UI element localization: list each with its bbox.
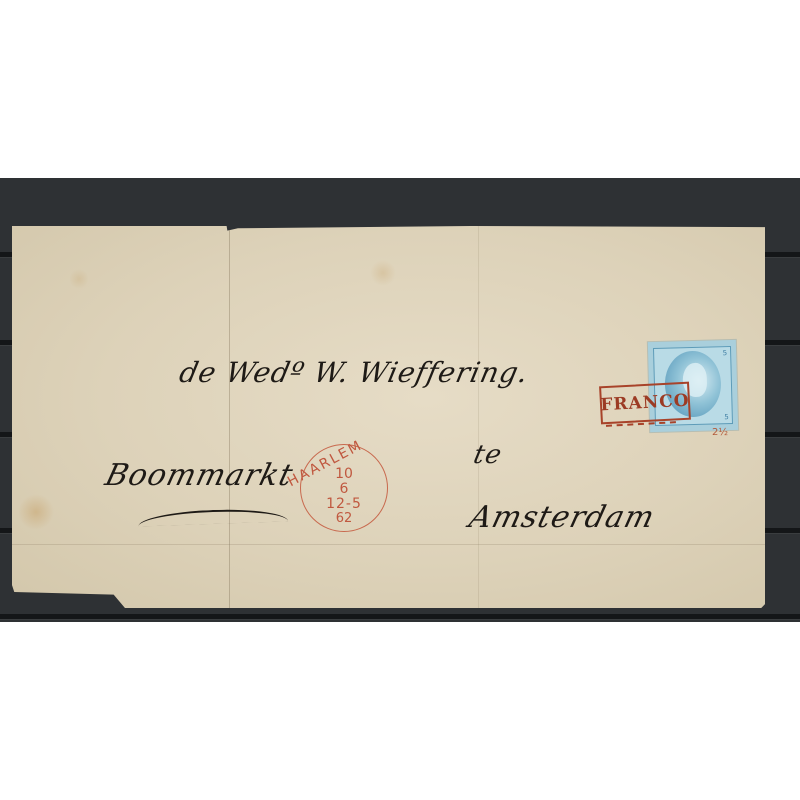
- postmark-date: 12-5: [301, 497, 387, 511]
- postmark-hour: 10: [301, 467, 387, 481]
- postmark-year: 62: [301, 512, 387, 526]
- fold-line: [229, 226, 230, 608]
- stamp-value-corner: 5: [723, 349, 728, 357]
- franco-cachet: FRANCO: [599, 382, 691, 425]
- street-underline: [138, 507, 288, 526]
- city-name: Amsterdam: [466, 500, 659, 535]
- mounting-strip: [0, 614, 800, 619]
- preposition: te: [471, 440, 505, 470]
- addressee-name: de Wedº W. Wieffering.: [176, 356, 531, 389]
- foxing-stain: [370, 260, 396, 286]
- stamp-value-corner: 5: [724, 413, 729, 421]
- fold-line: [12, 544, 765, 545]
- fold-line: [478, 226, 479, 608]
- haarlem-postmark: HAARLEM 10 6 12-5 62: [300, 444, 388, 532]
- street-name: Boommarkt: [102, 458, 297, 493]
- postmark-day: 6: [301, 482, 387, 496]
- manuscript-rate-mark: 2½: [712, 427, 728, 438]
- foxing-stain: [18, 494, 54, 530]
- letter-cover: de Wedº W. Wieffering. Boommarkt te Amst…: [12, 226, 765, 608]
- foxing-stain: [70, 268, 88, 290]
